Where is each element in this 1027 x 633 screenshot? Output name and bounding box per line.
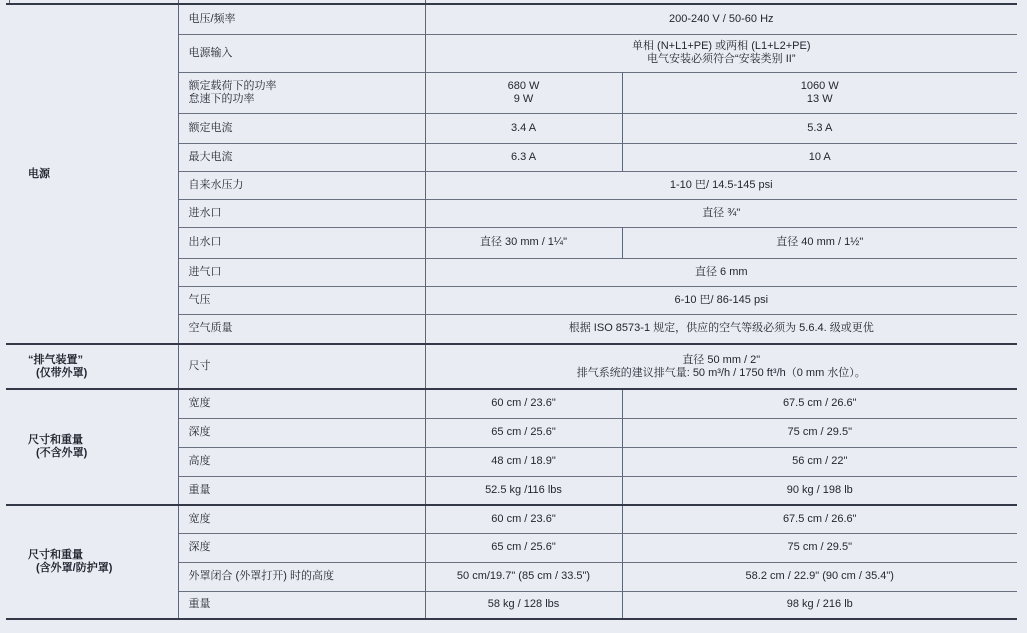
value-cell-a: 65 cm / 25.6" — [425, 533, 622, 562]
value-line: 电气安装必须符合“安装类别 II” — [426, 53, 1018, 66]
param-cell: 进水口 — [178, 199, 425, 227]
value-cell-b: 67.5 cm / 26.6" — [622, 505, 1017, 533]
value-cell: 1-10 巴/ 14.5-145 psi — [425, 171, 1017, 199]
value-cell-a: 50 cm/19.7" (85 cm / 33.5") — [425, 562, 622, 591]
table-row: 尺寸和重量 (不含外罩) 宽度 60 cm / 23.6" 67.5 cm / … — [6, 389, 1017, 418]
table-row: 尺寸和重量 (含外罩/防护罩) 宽度 60 cm / 23.6" 67.5 cm… — [6, 505, 1017, 533]
value-cell-a: 6.3 A — [425, 143, 622, 171]
value-cell: 200-240 V / 50-60 Hz — [425, 4, 1017, 34]
value-cell-a: 65 cm / 25.6" — [425, 418, 622, 447]
value-line: 1060 W — [623, 80, 1018, 93]
value-line: 直径 50 mm / 2" — [426, 354, 1018, 367]
value-cell: 直径 50 mm / 2" 排气系统的建议排气量: 50 m³/h / 1750… — [425, 344, 1017, 389]
value-cell-b: 67.5 cm / 26.6" — [622, 389, 1017, 418]
param-cell: 外罩闭合 (外罩打开) 时的高度 — [178, 562, 425, 591]
category-label: (仅带外罩) — [28, 367, 178, 380]
value-cell-b: 98 kg / 216 lb — [622, 591, 1017, 619]
value-line: 680 W — [426, 80, 622, 93]
value-cell: 直径 6 mm — [425, 258, 1017, 286]
param-cell: 自来水压力 — [178, 171, 425, 199]
category-label: 尺寸和重量 — [28, 434, 178, 447]
value-cell-a: 58 kg / 128 lbs — [425, 591, 622, 619]
value-cell-a: 52.5 kg /116 lbs — [425, 476, 622, 505]
category-label: 电源 — [28, 168, 178, 181]
param-cell: 宽度 — [178, 389, 425, 418]
table-row: “排气装置” (仅带外罩) 尺寸 直径 50 mm / 2" 排气系统的建议排气… — [6, 344, 1017, 389]
category-cell-dimensions-with-cover: 尺寸和重量 (含外罩/防护罩) — [6, 505, 178, 619]
param-cell: 额定载荷下的功率 怠速下的功率 — [178, 72, 425, 113]
category-cell-dimensions-no-cover: 尺寸和重量 (不含外罩) — [6, 389, 178, 505]
param-cell: 电源输入 — [178, 34, 425, 72]
table-row: 电源 电压/频率 200-240 V / 50-60 Hz — [6, 4, 1017, 34]
param-cell: 深度 — [178, 533, 425, 562]
spec-table: 电源 电压/频率 200-240 V / 50-60 Hz 电源输入 单相 (N… — [6, 3, 1017, 620]
param-cell: 深度 — [178, 418, 425, 447]
value-cell-b: 75 cm / 29.5" — [622, 533, 1017, 562]
value-line: 13 W — [623, 93, 1018, 106]
param-line: 怠速下的功率 — [189, 93, 425, 106]
param-cell: 重量 — [178, 476, 425, 505]
param-cell: 重量 — [178, 591, 425, 619]
category-cell-exhaust: “排气装置” (仅带外罩) — [6, 344, 178, 389]
value-cell-b: 直径 40 mm / 1½" — [622, 227, 1017, 258]
param-cell: 进气口 — [178, 258, 425, 286]
category-label: (不含外罩) — [28, 447, 178, 460]
value-cell-b: 90 kg / 198 lb — [622, 476, 1017, 505]
value-cell-b: 58.2 cm / 22.9" (90 cm / 35.4") — [622, 562, 1017, 591]
value-cell-b: 10 A — [622, 143, 1017, 171]
value-cell-a: 680 W 9 W — [425, 72, 622, 113]
value-cell-b: 56 cm / 22" — [622, 447, 1017, 476]
param-cell: 出水口 — [178, 227, 425, 258]
param-cell: 尺寸 — [178, 344, 425, 389]
category-label: 尺寸和重量 — [28, 549, 178, 562]
category-cell-power: 电源 — [6, 4, 178, 344]
value-cell-a: 直径 30 mm / 1¼" — [425, 227, 622, 258]
param-cell: 额定电流 — [178, 113, 425, 143]
value-cell-b: 5.3 A — [622, 113, 1017, 143]
value-cell: 6-10 巴/ 86-145 psi — [425, 286, 1017, 314]
value-cell-a: 60 cm / 23.6" — [425, 505, 622, 533]
param-cell: 电压/频率 — [178, 4, 425, 34]
param-cell: 宽度 — [178, 505, 425, 533]
value-cell: 根据 ISO 8573-1 规定，供应的空气等级必须为 5.6.4. 级或更优 — [425, 314, 1017, 344]
value-cell: 单相 (N+L1+PE) 或两相 (L1+L2+PE) 电气安装必须符合“安装类… — [425, 34, 1017, 72]
value-cell: 直径 ¾" — [425, 199, 1017, 227]
param-cell: 最大电流 — [178, 143, 425, 171]
param-cell: 空气质量 — [178, 314, 425, 344]
value-cell-a: 48 cm / 18.9" — [425, 447, 622, 476]
value-cell-a: 3.4 A — [425, 113, 622, 143]
param-cell: 气压 — [178, 286, 425, 314]
param-cell: 高度 — [178, 447, 425, 476]
value-line: 排气系统的建议排气量: 50 m³/h / 1750 ft³/h（0 mm 水位… — [426, 367, 1018, 380]
value-line: 9 W — [426, 93, 622, 106]
value-cell-b: 75 cm / 29.5" — [622, 418, 1017, 447]
category-label: “排气装置” — [28, 354, 178, 367]
category-label: (含外罩/防护罩) — [28, 562, 178, 575]
value-cell-b: 1060 W 13 W — [622, 72, 1017, 113]
value-cell-a: 60 cm / 23.6" — [425, 389, 622, 418]
value-line: 单相 (N+L1+PE) 或两相 (L1+L2+PE) — [426, 40, 1018, 53]
param-line: 额定载荷下的功率 — [189, 80, 425, 93]
